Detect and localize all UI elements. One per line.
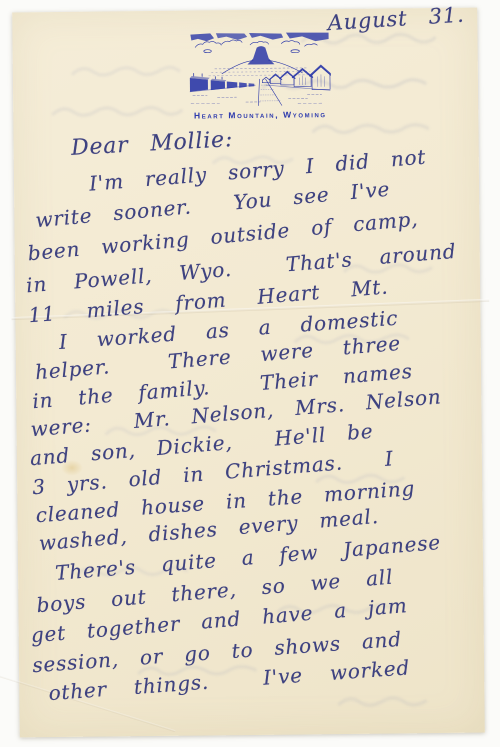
scanned-letter: Heart Mountain, Wyoming August 31. Dear … (0, 0, 500, 747)
salutation: Dear Mollie: (70, 127, 233, 161)
letter-paper: Heart Mountain, Wyoming August 31. Dear … (12, 8, 485, 738)
heart-mountain-illustration (188, 31, 331, 106)
handwritten-date: August 31. (327, 3, 465, 36)
letterhead-caption: Heart Mountain, Wyoming (169, 109, 351, 121)
